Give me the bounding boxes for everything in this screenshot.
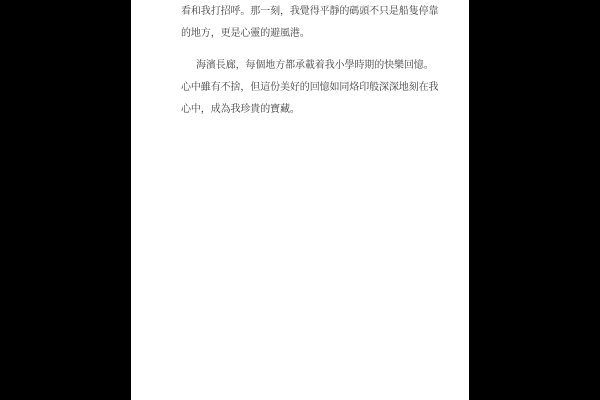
paragraph: 看和我打招呼。那一刻，我覺得平靜的碼頭不只是船隻停靠 的地方，更是心靈的避風港。 <box>181 1 421 45</box>
text-line: 的地方，更是心靈的避風港。 <box>181 23 421 45</box>
text-line: 心中，成為我珍貴的寶藏。 <box>181 99 421 121</box>
document-page: 看和我打招呼。那一刻，我覺得平靜的碼頭不只是船隻停靠 的地方，更是心靈的避風港。… <box>131 0 469 400</box>
text-line: 看和我打招呼。那一刻，我覺得平靜的碼頭不只是船隻停靠 <box>181 1 421 23</box>
text-line: 海濱長廊，每個地方都承載着我小學時期的快樂回憶。 <box>181 55 421 77</box>
viewer-background: 看和我打招呼。那一刻，我覺得平靜的碼頭不只是船隻停靠 的地方，更是心靈的避風港。… <box>0 0 600 400</box>
text-line: 心中雖有不捨，但這份美好的回憶如同烙印般深深地刻在我 <box>181 77 421 99</box>
paragraph: 海濱長廊，每個地方都承載着我小學時期的快樂回憶。 心中雖有不捨，但這份美好的回憶… <box>181 55 421 121</box>
